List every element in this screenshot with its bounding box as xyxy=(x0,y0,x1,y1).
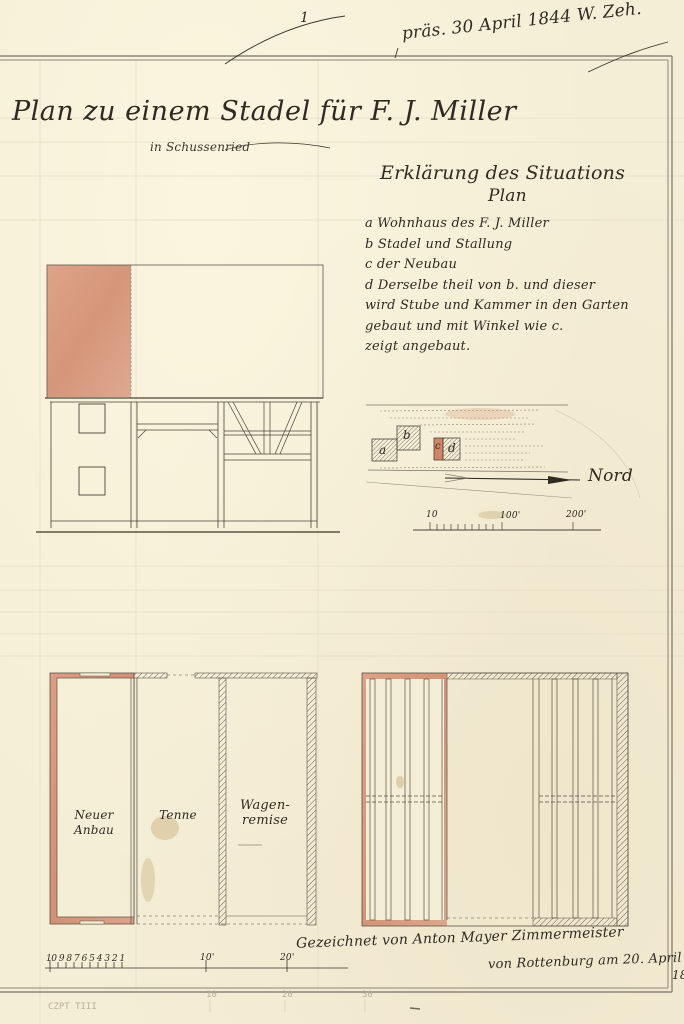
page-subtitle: in Schussenried xyxy=(150,140,250,154)
page-number-mark: 1 xyxy=(300,10,309,26)
legend-item: d Derselbe theil von b. und dieser xyxy=(365,276,629,297)
room-label-threshing-floor: Tenne xyxy=(148,808,208,823)
site-scale-start: 10 xyxy=(426,510,438,520)
north-label: Nord xyxy=(588,466,633,486)
site-label-a: a xyxy=(379,443,386,457)
legend-text: Stadel und Stallung xyxy=(378,237,512,252)
legend-list: a Wohnhaus des F. J. Miller b Stadel und… xyxy=(365,214,629,358)
legend-text: Derselbe theil von b. und dieser xyxy=(378,278,595,293)
elevation-roof-red-section xyxy=(47,265,131,397)
page-title: Plan zu einem Stadel für F. J. Miller xyxy=(12,96,517,127)
legend-item: zeigt angebaut. xyxy=(365,337,629,358)
legend-item: a Wohnhaus des F. J. Miller xyxy=(365,214,629,235)
site-label-b: b xyxy=(403,428,411,442)
legend-title: Erklärung des Situations xyxy=(380,162,625,184)
legend-item: wird Stube und Kammer in den Garten xyxy=(365,296,629,317)
drawing-frame xyxy=(0,56,672,992)
elevation-window-upper xyxy=(79,404,105,433)
legend-key: a xyxy=(365,216,373,231)
legend-item: c der Neubau xyxy=(365,255,629,276)
legend-item: b Stadel und Stallung xyxy=(365,235,629,256)
faint-bleedthrough-ticks xyxy=(210,1000,420,1012)
ruled-grid xyxy=(0,60,684,1024)
floor-plan-new-addition-walls xyxy=(50,673,134,924)
bottom-scale-mid: 10' xyxy=(200,953,215,963)
room-label-line: Neuer xyxy=(62,808,126,823)
faint-bleedthrough-text: CZPT TIII xyxy=(48,1002,97,1012)
room-label-line: remise xyxy=(232,813,298,828)
faint-tick-label: 20 xyxy=(282,990,293,1000)
room-label-line: Wagen- xyxy=(232,798,298,813)
legend-key: c xyxy=(365,257,372,272)
bottom-scale-ticks: 10 9 8 7 6 5 4 3 2 1 xyxy=(46,954,125,964)
legend-text: zeigt angebaut. xyxy=(365,339,470,354)
legend-key: d xyxy=(365,278,374,293)
legend-key: b xyxy=(365,237,374,252)
site-scale-end: 200' xyxy=(566,510,586,520)
room-label-line: Anbau xyxy=(62,823,126,838)
faint-tick-label: 10 xyxy=(206,990,217,1000)
room-label-new-addition: Neuer Anbau xyxy=(62,808,126,838)
legend-item: gebaut und mit Winkel wie c. xyxy=(365,317,629,338)
legend-subtitle: Plan xyxy=(488,186,527,206)
legend-text: Wohnhaus des F. J. Miller xyxy=(377,216,549,231)
bottom-scale-end: 20' xyxy=(280,953,295,963)
elevation-window-lower xyxy=(79,467,105,495)
faint-tick-label: 30 xyxy=(362,990,373,1000)
elevation-drawing xyxy=(36,265,340,532)
signature-year: 18 xyxy=(672,968,684,982)
room-label-line: Tenne xyxy=(148,808,208,823)
legend-text: gebaut und mit Winkel wie c. xyxy=(365,319,564,334)
site-label-c: c xyxy=(435,441,441,452)
legend-text: wird Stube und Kammer in den Garten xyxy=(365,298,629,313)
legend-text: der Neubau xyxy=(377,257,457,272)
site-scale-mid: 100' xyxy=(500,511,520,521)
site-label-d: d xyxy=(448,441,456,455)
beam-plan xyxy=(362,673,628,926)
room-label-wagon-shed: Wagen- remise xyxy=(232,798,298,828)
